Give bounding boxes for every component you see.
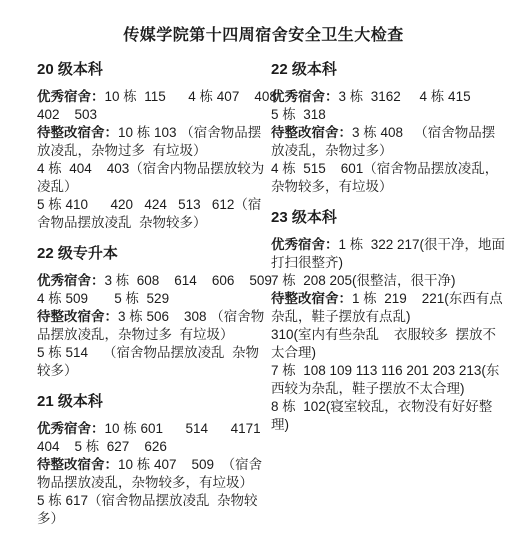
text-line: 放凌乱，杂物过多） bbox=[271, 142, 517, 160]
bold-label: 优秀宿舍： bbox=[271, 237, 339, 252]
text-line: 待整改宿舍：10 栋 407 509 （宿舍 bbox=[37, 456, 265, 474]
text-line: 404 5 栋 627 626 bbox=[37, 438, 265, 456]
column-left: 20 级本科优秀宿舍：10 栋 115 4 栋 407 408402 503待整… bbox=[37, 60, 265, 533]
text-segment: 8 栋 102(寝室较乱，衣物没有好好整 bbox=[271, 399, 492, 414]
text-line: 待整改宿舍：3 栋 408 （宿舍物品摆 bbox=[271, 124, 517, 142]
text-segment: 打扫很整齐) bbox=[271, 255, 343, 270]
text-segment: 西较为杂乱，鞋子摆放不太合理) bbox=[271, 381, 465, 396]
text-line: 优秀宿舍：3 栋 608 614 606 509 bbox=[37, 272, 265, 290]
text-segment: 多） bbox=[37, 511, 64, 526]
text-line: 5 栋 410 420 424 513 612（宿 bbox=[37, 196, 265, 214]
bold-label: 优秀宿舍： bbox=[37, 421, 105, 436]
text-segment: 理) bbox=[271, 417, 289, 432]
text-line: 品摆放凌乱，杂物过多 有垃圾） bbox=[37, 326, 265, 344]
text-segment: 5 栋 617（宿舍物品摆放凌乱 杂物较 bbox=[37, 493, 258, 508]
text-segment: 3 栋 506 308 （宿舍物 bbox=[118, 309, 264, 324]
text-line: 402 503 bbox=[37, 106, 265, 124]
document-page: 传媒学院第十四周宿舍安全卫生大检查 20 级本科优秀宿舍：10 栋 115 4 … bbox=[0, 0, 527, 533]
text-segment: 放凌乱，杂物过多 有垃圾） bbox=[37, 143, 207, 158]
text-line: 8 栋 102(寝室较乱，衣物没有好好整 bbox=[271, 398, 517, 416]
document-title: 传媒学院第十四周宿舍安全卫生大检查 bbox=[0, 0, 527, 45]
text-segment: 3 栋 608 614 606 509 bbox=[105, 273, 272, 288]
text-segment: 1 栋 322 217(很干净，地面 bbox=[339, 237, 506, 252]
text-line: 理) bbox=[271, 416, 517, 434]
text-line: 打扫很整齐) bbox=[271, 254, 517, 272]
section: 23 级本科优秀宿舍：1 栋 322 217(很干净，地面打扫很整齐)7 栋 2… bbox=[271, 208, 517, 434]
text-segment: 3 栋 408 （宿舍物品摆 bbox=[352, 125, 495, 140]
text-line: 杂物较多，有垃圾） bbox=[271, 178, 517, 196]
text-segment: 1 栋 219 221(东西有点 bbox=[352, 291, 503, 306]
text-segment: 放凌乱，杂物过多） bbox=[271, 143, 393, 158]
text-line: 放凌乱，杂物过多 有垃圾） bbox=[37, 142, 265, 160]
text-segment: 品摆放凌乱，杂物过多 有垃圾） bbox=[37, 327, 234, 342]
text-line: 5 栋 617（宿舍物品摆放凌乱 杂物较 bbox=[37, 492, 265, 510]
text-segment: 4 栋 515 601（宿舍物品摆放凌乱， bbox=[271, 161, 498, 176]
text-line: 7 栋 208 205(很整洁，很干净) bbox=[271, 272, 517, 290]
text-segment: 402 503 bbox=[37, 107, 97, 122]
text-segment: 10 栋 407 509 （宿舍 bbox=[118, 457, 262, 472]
text-segment: 4 栋 404 403（宿舍内物品摆放较为 bbox=[37, 161, 264, 176]
text-line: 优秀宿舍：1 栋 322 217(很干净，地面 bbox=[271, 236, 517, 254]
text-segment: 5 栋 410 420 424 513 612（宿 bbox=[37, 197, 261, 212]
text-segment: 3 栋 3162 4 栋 415 bbox=[339, 89, 471, 104]
text-segment: 4 栋 509 5 栋 529 bbox=[37, 291, 169, 306]
text-segment: 杂物较多，有垃圾） bbox=[271, 179, 393, 194]
section: 22 级专升本优秀宿舍：3 栋 608 614 606 5094 栋 509 5… bbox=[37, 244, 265, 380]
text-line: 凌乱） bbox=[37, 178, 265, 196]
text-line: 多） bbox=[37, 510, 265, 528]
bold-label: 待整改宿舍： bbox=[37, 125, 118, 140]
bold-label: 优秀宿舍： bbox=[37, 89, 105, 104]
section: 22 级本科优秀宿舍：3 栋 3162 4 栋 4155 栋 318待整改宿舍：… bbox=[271, 60, 517, 196]
text-segment: 太合理) bbox=[271, 345, 316, 360]
text-line: 4 栋 509 5 栋 529 bbox=[37, 290, 265, 308]
text-line: 5 栋 514 （宿舍物品摆放凌乱 杂物 bbox=[37, 344, 265, 362]
text-line: 7 栋 108 109 113 116 201 203 213(东 bbox=[271, 362, 517, 380]
text-line: 优秀宿舍：10 栋 601 514 4171 bbox=[37, 420, 265, 438]
text-segment: 杂乱，鞋子摆放有点乱) bbox=[271, 309, 411, 324]
text-line: 优秀宿舍：3 栋 3162 4 栋 415 bbox=[271, 88, 517, 106]
text-line: 310(室内有些杂乱 衣服较多 摆放不 bbox=[271, 326, 517, 344]
text-segment: 物品摆放凌乱，杂物较多，有垃圾） bbox=[37, 475, 253, 490]
text-segment: 凌乱） bbox=[37, 179, 78, 194]
bold-label: 待整改宿舍： bbox=[37, 457, 118, 472]
text-segment: 较多） bbox=[37, 363, 78, 378]
text-line: 待整改宿舍：1 栋 219 221(东西有点 bbox=[271, 290, 517, 308]
text-segment: 10 栋 601 514 4171 bbox=[105, 421, 261, 436]
section-heading: 22 级本科 bbox=[271, 60, 517, 79]
bold-label: 优秀宿舍： bbox=[271, 89, 339, 104]
text-line: 优秀宿舍：10 栋 115 4 栋 407 408 bbox=[37, 88, 265, 106]
bold-label: 待整改宿舍： bbox=[271, 125, 352, 140]
text-line: 待整改宿舍：10 栋 103 （宿舍物品摆 bbox=[37, 124, 265, 142]
section-heading: 22 级专升本 bbox=[37, 244, 265, 263]
text-line: 待整改宿舍：3 栋 506 308 （宿舍物 bbox=[37, 308, 265, 326]
text-segment: 舍物品摆放凌乱 杂物较多） bbox=[37, 215, 207, 230]
text-line: 西较为杂乱，鞋子摆放不太合理) bbox=[271, 380, 517, 398]
text-line: 杂乱，鞋子摆放有点乱) bbox=[271, 308, 517, 326]
text-line: 太合理) bbox=[271, 344, 517, 362]
text-line: 舍物品摆放凌乱 杂物较多） bbox=[37, 214, 265, 232]
text-line: 物品摆放凌乱，杂物较多，有垃圾） bbox=[37, 474, 265, 492]
text-segment: 10 栋 103 （宿舍物品摆 bbox=[118, 125, 261, 140]
text-segment: 7 栋 108 109 113 116 201 203 213(东 bbox=[271, 363, 499, 378]
text-segment: 7 栋 208 205(很整洁，很干净) bbox=[271, 273, 456, 288]
text-segment: 310(室内有些杂乱 衣服较多 摆放不 bbox=[271, 327, 496, 342]
section-heading: 21 级本科 bbox=[37, 392, 265, 411]
columns: 20 级本科优秀宿舍：10 栋 115 4 栋 407 408402 503待整… bbox=[0, 60, 527, 533]
text-segment: 404 5 栋 627 626 bbox=[37, 439, 167, 454]
section: 20 级本科优秀宿舍：10 栋 115 4 栋 407 408402 503待整… bbox=[37, 60, 265, 232]
text-segment: 10 栋 115 4 栋 407 408 bbox=[105, 89, 277, 104]
bold-label: 待整改宿舍： bbox=[271, 291, 352, 306]
bold-label: 待整改宿舍： bbox=[37, 309, 118, 324]
text-line: 4 栋 515 601（宿舍物品摆放凌乱， bbox=[271, 160, 517, 178]
text-line: 较多） bbox=[37, 362, 265, 380]
section-heading: 23 级本科 bbox=[271, 208, 517, 227]
section: 21 级本科优秀宿舍：10 栋 601 514 4171404 5 栋 627 … bbox=[37, 392, 265, 528]
section-heading: 20 级本科 bbox=[37, 60, 265, 79]
column-right: 22 级本科优秀宿舍：3 栋 3162 4 栋 4155 栋 318待整改宿舍：… bbox=[271, 60, 517, 533]
text-line: 5 栋 318 bbox=[271, 106, 517, 124]
text-segment: 5 栋 318 bbox=[271, 107, 326, 122]
text-segment: 5 栋 514 （宿舍物品摆放凌乱 杂物 bbox=[37, 345, 259, 360]
bold-label: 优秀宿舍： bbox=[37, 273, 105, 288]
text-line: 4 栋 404 403（宿舍内物品摆放较为 bbox=[37, 160, 265, 178]
